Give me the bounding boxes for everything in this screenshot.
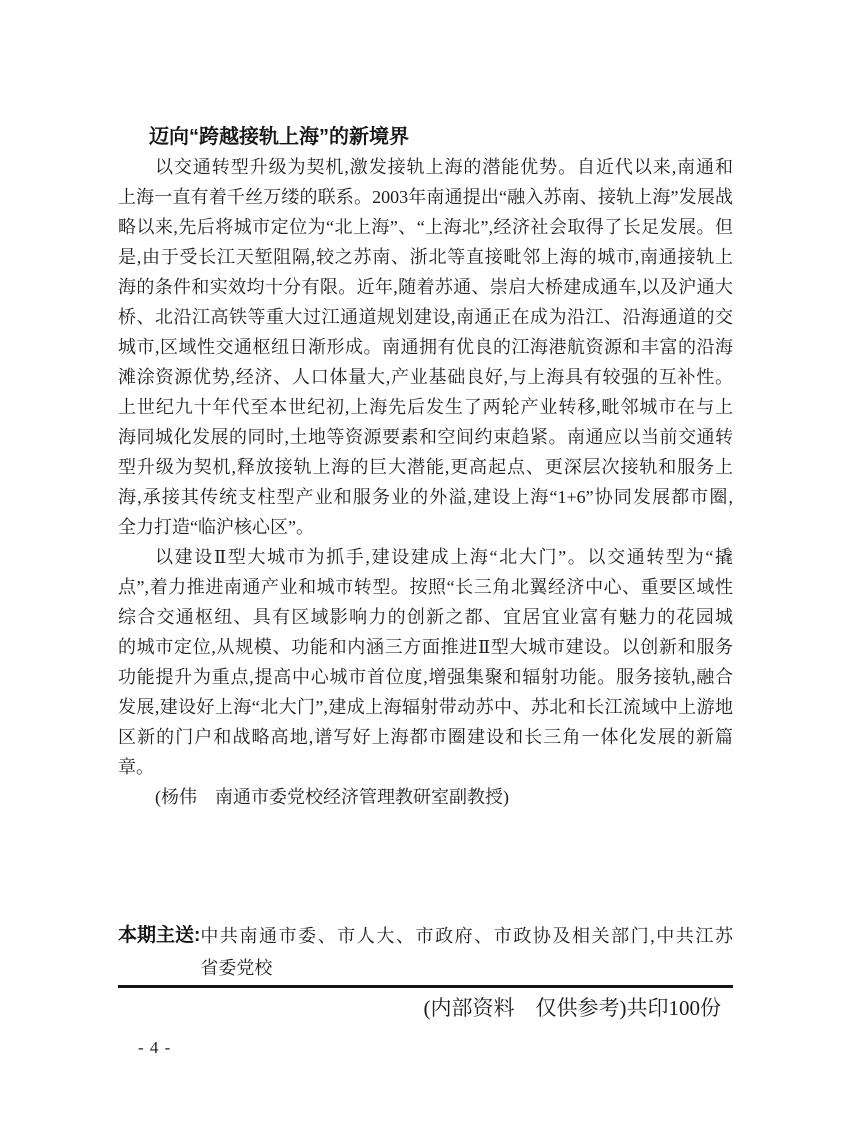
divider-rule <box>118 985 733 988</box>
text-line: 综合交通枢纽、具有区域影响力的创新之都、宜居宜业富有魅力的花园城市”新 <box>118 602 733 632</box>
text-line: 略以来,先后将城市定位为“北上海”、“上海北”,经济社会取得了长足发展。但 <box>118 212 733 242</box>
text-line: 全力打造“临沪核心区”。 <box>118 512 733 542</box>
text-line: 区新的门户和战略高地,谱写好上海都市圈建设和长三角一体化发展的新篇 <box>118 722 733 752</box>
text-line: 型升级为契机,释放接轨上海的巨大潜能,更高起点、更深层次接轨和服务上 <box>118 452 733 482</box>
document-content: 迈向“跨越接轨上海”的新境界 以交通转型升级为契机,激发接轨上海的潜能优势。自近… <box>118 122 733 1058</box>
text-line: 海同城化发展的同时,土地等资源要素和空间约束趋紧。南通应以当前交通转 <box>118 422 733 452</box>
text-line: 是,由于受长江天堑阻隔,较之苏南、浙北等直接毗邻上海的城市,南通接轨上 <box>118 242 733 272</box>
distribution-recipients: 中共南通市委、市人大、市政府、市政协及相关部门,中共江苏 省委党校 <box>200 920 733 984</box>
distribution-line: 中共南通市委、市人大、市政府、市政协及相关部门,中共江苏 <box>200 920 733 952</box>
article-title: 迈向“跨越接轨上海”的新境界 <box>118 122 733 152</box>
text-line: 桥、北沿江高铁等重大过江通道规划建设,南通正在成为沿江、沿海通道的交点 <box>118 302 733 332</box>
text-line: 滩涂资源优势,经济、人口体量大,产业基础良好,与上海具有较强的互补性。 <box>118 362 733 392</box>
text-line: 章。 <box>118 752 733 782</box>
distribution-label: 本期主送: <box>118 920 200 952</box>
text-line: 上世纪九十年代至本世纪初,上海先后发生了两轮产业转移,毗邻城市在与上 <box>118 392 733 422</box>
print-note: (内部资料 仅供参考)共印100份 <box>118 994 733 1022</box>
distribution-line: 省委党校 <box>200 952 733 984</box>
paragraph-2: 以建设Ⅱ型大城市为抓手,建设建成上海“北大门”。以交通转型为“撬 点”,着力推进… <box>118 542 733 782</box>
author-attribution: (杨伟 南通市委党校经济管理教研室副教授) <box>118 782 733 812</box>
text-line: 发展,建设好上海“北大门”,建成上海辐射带动苏中、苏北和长江流域中上游地 <box>118 692 733 722</box>
text-line: 功能提升为重点,提高中心城市首位度,增强集聚和辐射功能。服务接轨,融合 <box>118 662 733 692</box>
text-line: 点”,着力推进南通产业和城市转型。按照“长三角北翼经济中心、重要区域性 <box>118 572 733 602</box>
text-line: 以建设Ⅱ型大城市为抓手,建设建成上海“北大门”。以交通转型为“撬 <box>118 542 733 572</box>
paragraph-1: 以交通转型升级为契机,激发接轨上海的潜能优势。自近代以来,南通和 上海一直有着千… <box>118 152 733 542</box>
distribution-block: 本期主送: 中共南通市委、市人大、市政府、市政协及相关部门,中共江苏 省委党校 <box>118 920 733 984</box>
page-footer: 本期主送: 中共南通市委、市人大、市政府、市政协及相关部门,中共江苏 省委党校 … <box>118 920 733 1058</box>
text-line: 海,承接其传统支柱型产业和服务业的外溢,建设上海“1+6”协同发展都市圈, <box>118 482 733 512</box>
document-page: 迈向“跨越接轨上海”的新境界 以交通转型升级为契机,激发接轨上海的潜能优势。自近… <box>0 0 850 1146</box>
text-line: 上海一直有着千丝万缕的联系。2003年南通提出“融入苏南、接轨上海”发展战 <box>118 182 733 212</box>
text-line: 城市,区域性交通枢纽日渐形成。南通拥有优良的江海港航资源和丰富的沿海 <box>118 332 733 362</box>
text-line: 的城市定位,从规模、功能和内涵三方面推进Ⅱ型大城市建设。以创新和服务 <box>118 632 733 662</box>
text-line: 海的条件和实效均十分有限。近年,随着苏通、崇启大桥建成通车,以及沪通大 <box>118 272 733 302</box>
text-line: 以交通转型升级为契机,激发接轨上海的潜能优势。自近代以来,南通和 <box>118 152 733 182</box>
page-number: - 4 - <box>138 1038 733 1058</box>
